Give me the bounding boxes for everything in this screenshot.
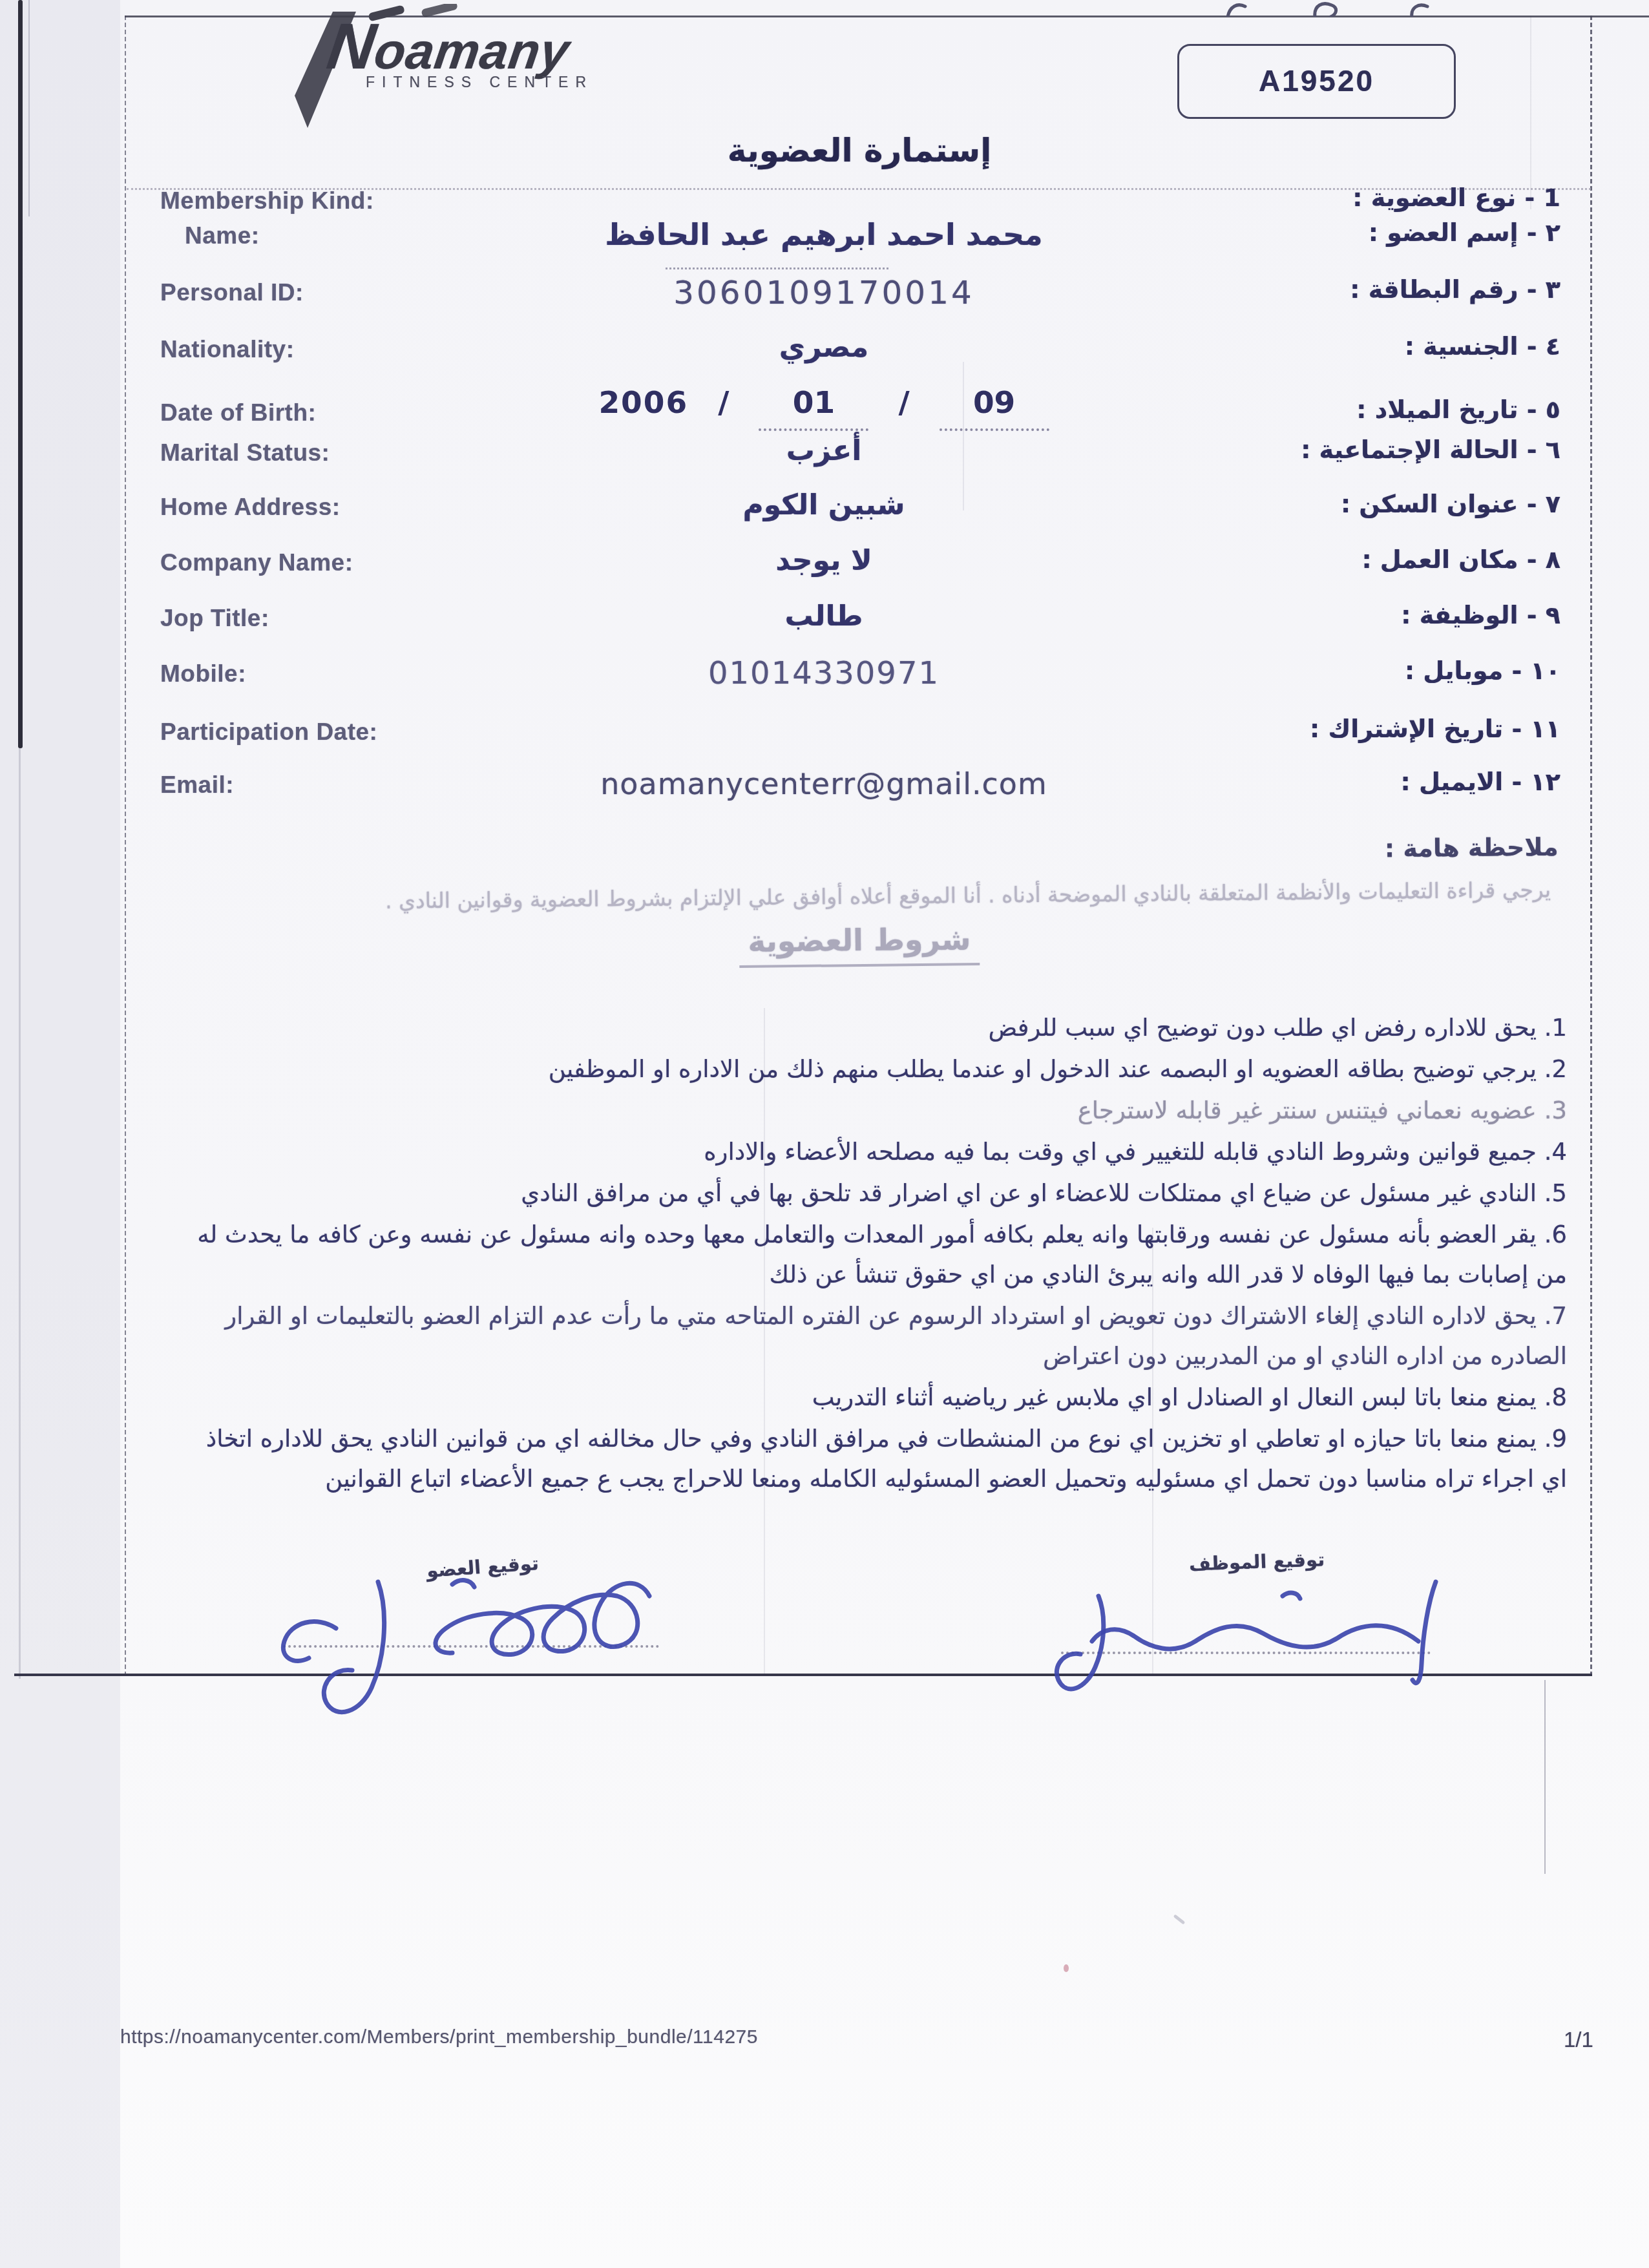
field-value-date-of-birth: 2006 / 01 / 09 [323,385,1325,431]
field-label-ar: ٢ - إسم العضو : [1369,218,1560,247]
dob-day: 09 [940,385,1049,431]
field-label-en: Jop Title: [160,605,269,632]
field-label-ar: ١٢ - الايميل : [1400,768,1560,796]
important-note-body: يرجي قراءة التعليمات والأنظمة المتعلقة ب… [385,877,1551,913]
field-value: 3060109170014 [323,274,1325,311]
field-label-ar: ٧ - عنوان السكن : [1341,490,1560,518]
field-label-ar: ١١ - تاريخ الإشتراك : [1310,715,1560,743]
logo-brand-text: Noamany [323,10,575,84]
field-label-en: Name: [185,222,260,249]
form-row-company-name: Company Name: ٨ - مكان العمل : لا يوجد [0,544,1649,592]
field-label-en: Marital Status: [160,439,330,467]
form-row-personal-id: Personal ID: ٣ - رقم البطاقة : 306010917… [0,274,1649,322]
form-row-home-address: Home Address: ٧ - عنوان السكن : شبين الك… [0,488,1649,536]
dob-month: 01 [759,385,868,431]
term-item: 4. جميع قوانين وشروط النادي قابله للتغيي… [187,1132,1567,1172]
field-label-en: Home Address: [160,494,341,521]
field-label-ar: ٤ - الجنسية : [1405,332,1560,361]
scanned-membership-form-page: { "document": { "badge": "A19520", "titl… [0,0,1649,2268]
name-field-underline [666,268,888,269]
field-label-ar: ٩ - الوظيفة : [1401,601,1560,629]
terms-heading-wrap: شروط العضوية [126,915,1593,974]
dob-group: 2006 / 01 / 09 [598,385,1049,431]
field-label-en: Participation Date: [160,719,377,746]
scan-speck [1173,1914,1186,1924]
dob-separator: / [718,385,729,421]
field-label-en: Date of Birth: [160,399,316,426]
term-item: 9. يمنع منعا باتا حيازه او تعاطي او تخزي… [187,1419,1567,1499]
cutoff-handwriting-marks [1218,0,1438,17]
term-item: 2. يرجي توضيح بطاقه العضويه او البصمه عن… [187,1049,1567,1089]
form-row-mobile: Mobile: ١٠ - موبايل : 01014330971 [0,655,1649,703]
form-row-participation-date: Participation Date: ١١ - تاريخ الإشتراك … [0,713,1649,761]
field-label-en: Email: [160,772,234,799]
scan-streak [1530,16,1531,209]
form-row-nationality: Nationality: ٤ - الجنسية : مصري [0,331,1649,379]
term-item: 1. يحق للاداره رفض اي طلب دون توضيح اي س… [187,1008,1567,1048]
field-label-en: Membership Kind: [160,187,374,215]
term-item: 5. النادي غير مسئول عن ضياع اي ممتلكات ل… [187,1173,1567,1213]
employee-signature-ink [1056,1582,1436,1689]
field-value: طالب [323,600,1325,633]
dob-separator: / [898,385,909,421]
member-signature-ink [283,1580,649,1712]
field-label-ar: ٦ - الحالة الإجتماعية : [1301,436,1560,464]
terms-heading: شروط العضوية [739,921,980,968]
field-value: noamanycenterr@gmail.com [323,766,1325,801]
field-label-ar: ٣ - رقم البطاقة : [1350,275,1560,304]
field-value: 01014330971 [323,655,1325,691]
scan-speck [1064,1964,1069,1972]
field-label-en: Personal ID: [160,279,304,306]
form-row-marital-status: Marital Status: ٦ - الحالة الإجتماعية : … [0,434,1649,482]
field-label-ar: 1 - نوع العضوية : [1352,184,1560,212]
term-item: 6. يقر العضو بأنه مسئول عن نفسه ورقابتها… [187,1215,1567,1295]
field-label-ar: ٥ - تاريخ الميلاد : [1356,395,1560,424]
field-label-en: Mobile: [160,660,246,688]
form-row-job-title: Jop Title: ٩ - الوظيفة : طالب [0,600,1649,647]
field-value: أعزب [323,434,1325,467]
important-note-heading: ملاحظة هامة : [1385,833,1559,863]
field-value: شبين الكوم [323,488,1325,521]
form-row-name: Name: ٢ - إسم العضو : محمد احمد ابرهيم ع… [0,217,1649,265]
form-row-email: Email: ١٢ - الايميل : noamanycenterr@gma… [0,766,1649,814]
field-value: مصري [323,331,1325,364]
term-item: 7. يحق لاداره النادي إلغاء الاشتراك دون … [187,1296,1567,1376]
field-label-en: Nationality: [160,336,294,363]
signature-ink-layer [0,1538,1649,1738]
footer-page-indicator: 1/1 [1564,2028,1593,2052]
field-value: لا يوجد [323,544,1325,577]
dob-year: 2006 [598,385,688,421]
field-label-ar: ٨ - مكان العمل : [1361,545,1560,574]
logo-tagline: FITNESS CENTER [366,74,593,91]
page-title: إستمارة العضوية [126,132,1593,169]
field-value: محمد احمد ابرهيم عبد الحافظ [323,217,1325,252]
membership-number-badge: A19520 [1177,44,1456,119]
term-item: 3. عضويه نعماني فيتنس سنتر غير قابله لاس… [187,1091,1567,1131]
field-label-ar: ١٠ - موبايل : [1405,656,1560,685]
term-item: 8. يمنع منعا باتا لبس النعال او الصنادل … [187,1378,1567,1418]
footer-url: https://noamanycenter.com/Members/print_… [120,2026,758,2048]
terms-list: 1. يحق للاداره رفض اي طلب دون توضيح اي س… [187,1008,1567,1500]
